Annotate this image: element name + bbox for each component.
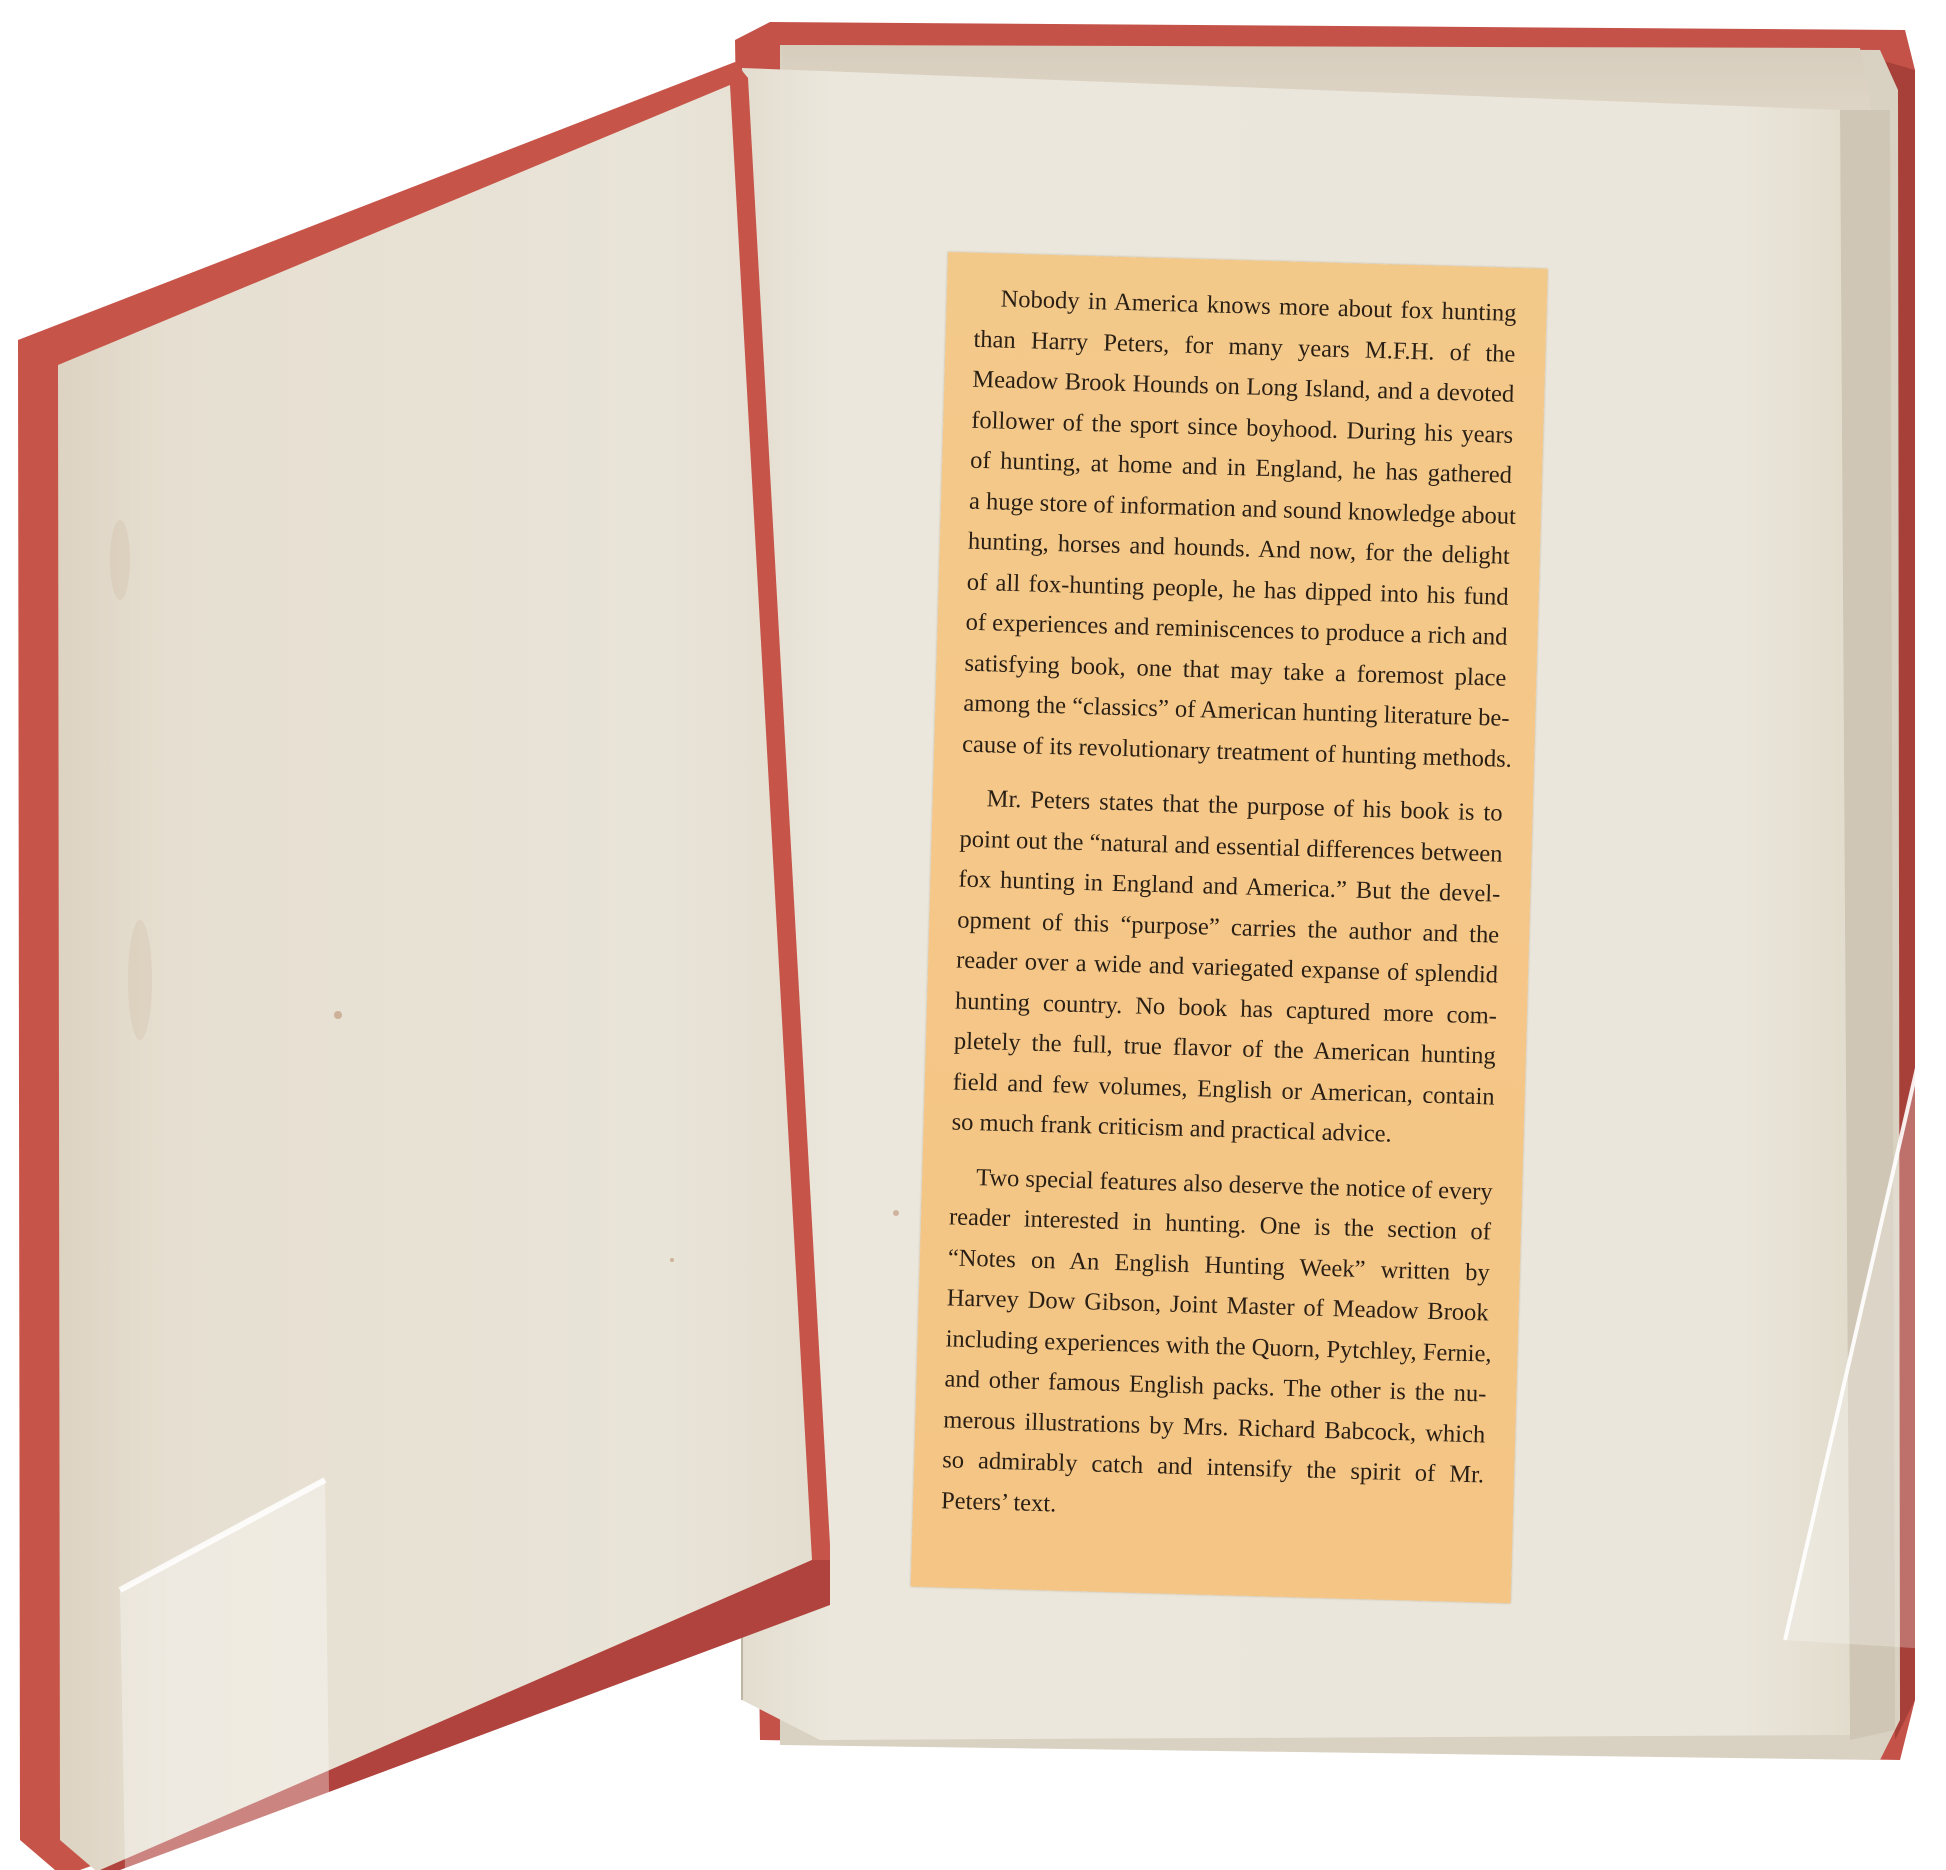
- pasted-clipping: Nobody in America knows more about fox h…: [911, 252, 1548, 1603]
- clipping-paragraph-2: Mr. Peters states that the purpose of hi…: [951, 779, 1503, 1158]
- clipping-paragraph-3: Two special features also deserve the no…: [941, 1157, 1493, 1536]
- clipping-paragraph-1: Nobody in America knows more about fox h…: [962, 279, 1517, 780]
- book-photo: Nobody in America knows more about fox h…: [0, 0, 1946, 1870]
